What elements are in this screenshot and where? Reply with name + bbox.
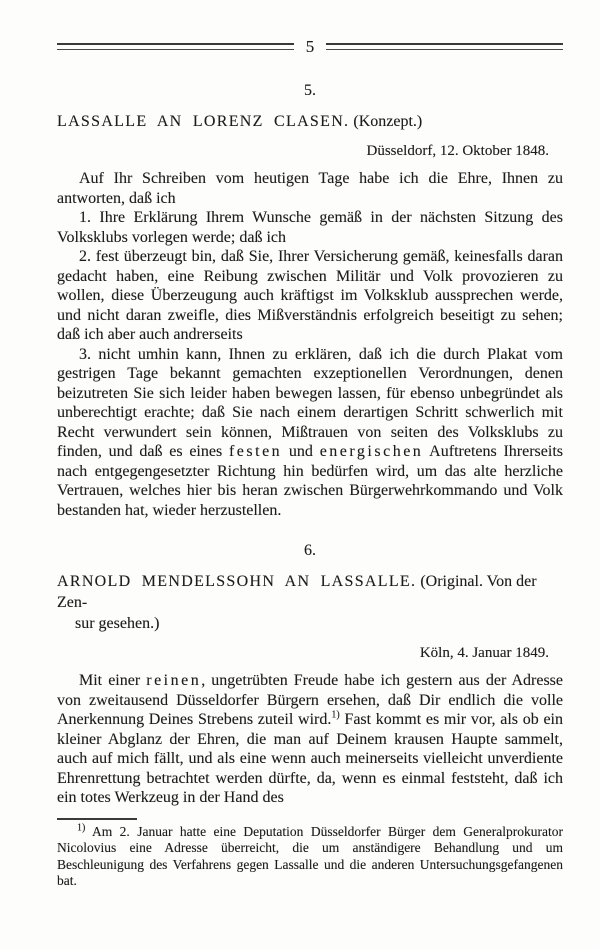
footnote-marker: 1)	[331, 710, 339, 721]
letter-5-heading: LASSALLE AN LORENZ CLASEN. (Konzept.)	[57, 111, 563, 132]
header-rule-left	[57, 43, 294, 50]
paragraph: 3. nicht umhin kann, Ihnen zu erklären, …	[57, 345, 563, 521]
letter-5: 5. LASSALLE AN LORENZ CLASEN. (Konzept.)…	[57, 82, 563, 520]
letter-6-heading-line1: ARNOLD MENDELSSOHN AN LASSALLE. (Origina…	[57, 571, 563, 613]
text-segment: und	[282, 443, 320, 460]
letter-6-dateline: Köln, 4. Januar 1849.	[57, 645, 563, 662]
book-page: 5 5. LASSALLE AN LORENZ CLASEN. (Konzept…	[0, 0, 600, 949]
paragraph: 2. fest überzeugt bin, daß Sie, Ihrer Ve…	[57, 247, 563, 345]
text-segment: Auf Ihr Schreiben vom heutigen Tage habe…	[57, 170, 563, 207]
paragraph: Auf Ihr Schreiben vom heutigen Tage habe…	[57, 169, 563, 208]
running-head: 5	[57, 0, 563, 55]
letter-5-body: Auf Ihr Schreiben vom heutigen Tage habe…	[57, 169, 563, 520]
paragraph: 1. Ihre Erklärung Ihrem Wunsche gemäß in…	[57, 208, 563, 247]
text-segment: Am 2. Januar hatte eine Deputation Düsse…	[57, 824, 563, 889]
letter-6-heading: ARNOLD MENDELSSOHN AN LASSALLE. (Origina…	[57, 571, 563, 634]
footnote: 1) Am 2. Januar hatte eine Deputation Dü…	[57, 824, 563, 890]
letter-5-heading-caps: LASSALLE AN LORENZ CLASEN.	[57, 113, 349, 130]
emphasized-text: festen	[229, 443, 282, 460]
letter-6-number: 6.	[57, 542, 563, 560]
page-number: 5	[294, 38, 327, 55]
footnote-separator	[57, 818, 137, 820]
text-segment: Mit einer	[79, 672, 146, 689]
letter-6-heading-caps: ARNOLD MENDELSSOHN AN LASSALLE.	[57, 573, 416, 590]
letter-6-body: Mit einer reinen, ungetrübten Freude hab…	[57, 671, 563, 808]
header-rule-right	[326, 43, 563, 50]
text-block: 5 5. LASSALLE AN LORENZ CLASEN. (Konzept…	[57, 0, 563, 890]
emphasized-text: reinen	[146, 672, 201, 689]
letter-5-heading-note: (Konzept.)	[353, 113, 422, 130]
text-segment: 1. Ihre Erklärung Ihrem Wunsche gemäß in…	[57, 209, 563, 246]
letter-5-number: 5.	[57, 82, 563, 100]
letter-6-heading-line2: sur gesehen.)	[57, 613, 563, 634]
paragraph: 1) Am 2. Januar hatte eine Deputation Dü…	[57, 824, 563, 890]
letter-5-dateline: Düsseldorf, 12. Oktober 1848.	[57, 143, 563, 160]
emphasized-text: energischen	[320, 443, 424, 460]
text-segment: 2. fest überzeugt bin, daß Sie, Ihrer Ve…	[57, 248, 563, 343]
letter-6: 6. ARNOLD MENDELSSOHN AN LASSALLE. (Orig…	[57, 542, 563, 808]
paragraph: Mit einer reinen, ungetrübten Freude hab…	[57, 671, 563, 808]
